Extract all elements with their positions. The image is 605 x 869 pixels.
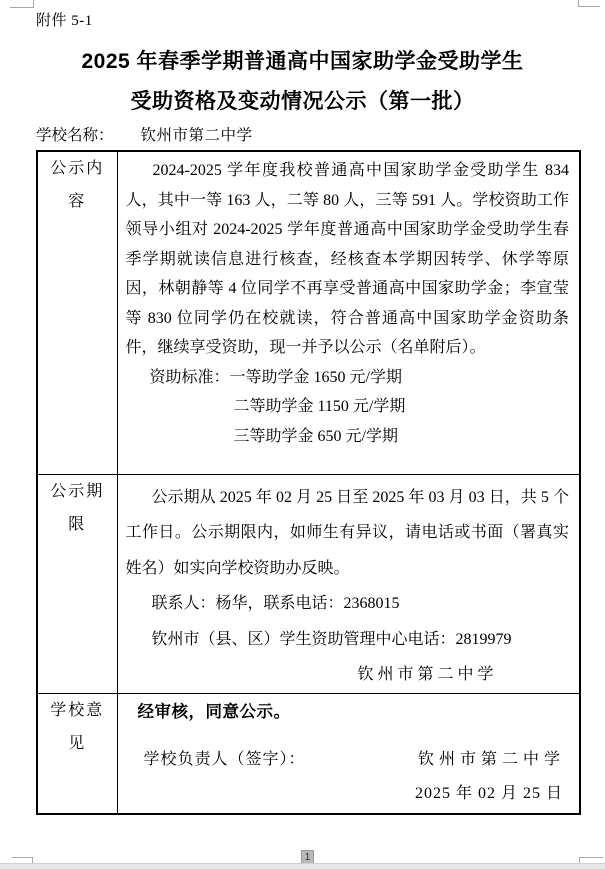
school-name-value: 钦州市第二中学 — [141, 127, 253, 144]
row-label-content: 公示内容 — [48, 152, 106, 218]
row-label-period: 公示期限 — [48, 475, 106, 541]
content-cell: 2024-2025 学年度我校普通高中国家助学金受助学生 834 人，其中一等 … — [117, 151, 580, 474]
row-label-opinion: 学校意见 — [48, 694, 106, 760]
contact-line: 联系人：杨华，联系电话：2368015 — [126, 586, 570, 622]
row-label-cell: 公示内容 — [37, 151, 117, 474]
content-paragraph: 2024-2025 学年度我校普通高中国家助学金受助学生 834 人，其中一等 … — [126, 156, 570, 363]
school-name-label: 学校名称： — [36, 127, 114, 144]
row-label-cell: 公示期限 — [37, 474, 117, 693]
document-title: 2025 年春季学期普通高中国家助学金受助学生 受助资格及变动情况公示（第一批） — [0, 42, 605, 122]
attachment-label: 附件 5-1 — [36, 9, 93, 30]
school-signature-line: 钦州市第二中学 — [358, 657, 570, 693]
principal-sign-label: 学校负责人（签字）： — [144, 750, 306, 770]
horizontal-scrollbar[interactable] — [0, 863, 605, 869]
document-title-line1: 2025 年春季学期普通高中国家助学金受助学生 — [0, 42, 605, 82]
opinion-cell: 经审核，同意公示。 学校负责人（签字）： 钦州市第二中学 2025 年 02 月… — [117, 693, 580, 814]
period-cell: 公示期从 2025 年 02 月 25 日至 2025 年 03 月 03 日，… — [117, 474, 580, 693]
aid-center-line: 钦州市（县、区）学生资助管理中心电话：2819979 — [126, 622, 570, 658]
document-page: { "colors": { "page_bg": "#ffffff", "tex… — [0, 0, 605, 869]
school-name-line: 学校名称：钦州市第二中学 — [36, 123, 253, 145]
row-label-cell: 学校意见 — [37, 693, 117, 814]
table-row-period: 公示期限 公示期从 2025 年 02 月 25 日至 2025 年 03 月 … — [37, 474, 580, 693]
standard-line-2: 二等助学金 1150 元/学期 — [234, 392, 570, 422]
standard-line-3: 三等助学金 650 元/学期 — [234, 422, 570, 452]
margin-mark-top-left — [10, 0, 34, 8]
standard-line-1: 资助标准：一等助学金 1650 元/学期 — [126, 363, 570, 393]
table-row-opinion: 学校意见 经审核，同意公示。 学校负责人（签字）： 钦州市第二中学 2025 年… — [37, 693, 580, 814]
table-row-content: 公示内容 2024-2025 学年度我校普通高中国家助学金受助学生 834 人，… — [37, 151, 580, 474]
margin-mark-top-right — [578, 0, 600, 7]
signature-row: 学校负责人（签字）： 钦州市第二中学 — [126, 750, 570, 770]
approval-statement: 经审核，同意公示。 — [138, 702, 570, 722]
school-stamp-name: 钦州市第二中学 — [418, 750, 565, 770]
opinion-date: 2025 年 02 月 25 日 — [126, 784, 570, 804]
period-paragraph: 公示期从 2025 年 02 月 25 日至 2025 年 03 月 03 日，… — [126, 480, 570, 587]
document-title-line2: 受助资格及变动情况公示（第一批） — [0, 82, 605, 122]
notice-table: 公示内容 2024-2025 学年度我校普通高中国家助学金受助学生 834 人，… — [36, 150, 581, 815]
